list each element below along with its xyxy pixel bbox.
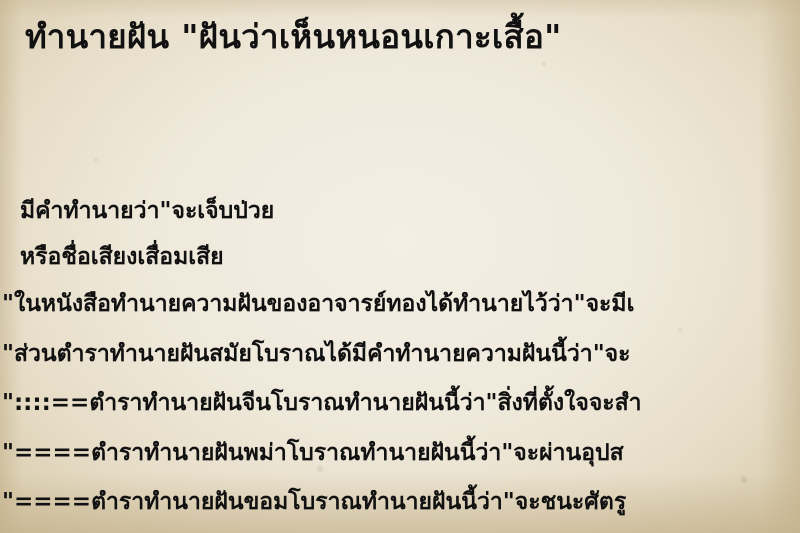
interpretation-ancient-burmese: "====ตำราทำนายฝันพม่าโบราณทำนายฝันนี้ว่า… [2,429,642,479]
summary-line: หรือชื่อเสียงเสื่อมเสีย [20,234,274,280]
interpretation-ancient-chinese: "::::==ตำราทำนายฝันจีนโบราณทำนายฝันนี้ว่… [2,379,642,429]
interpretation-teacher-thong: "ในหนังสือทำนายความฝันของอาจารย์ทองได้ทำ… [2,280,642,330]
interpretation-ancient-khmer: "====ตำราทำนายฝันขอมโบราณทำนายฝันนี้ว่า"… [2,478,642,528]
interpretation-ancient-thai: "ส่วนตำราทำนายฝันสมัยโบราณได้มีคำทำนายคว… [2,330,642,380]
interpretation-list: "ในหนังสือทำนายความฝันของอาจารย์ทองได้ทำ… [2,280,642,528]
prediction-summary: มีคำทำนายว่า"จะเจ็บป่วย หรือชื่อเสียงเสื… [20,188,274,280]
summary-line: มีคำทำนายว่า"จะเจ็บป่วย [20,188,274,234]
page-title: ทำนายฝัน "ฝันว่าเห็นหนอนเกาะเสื้อ" [25,16,562,59]
